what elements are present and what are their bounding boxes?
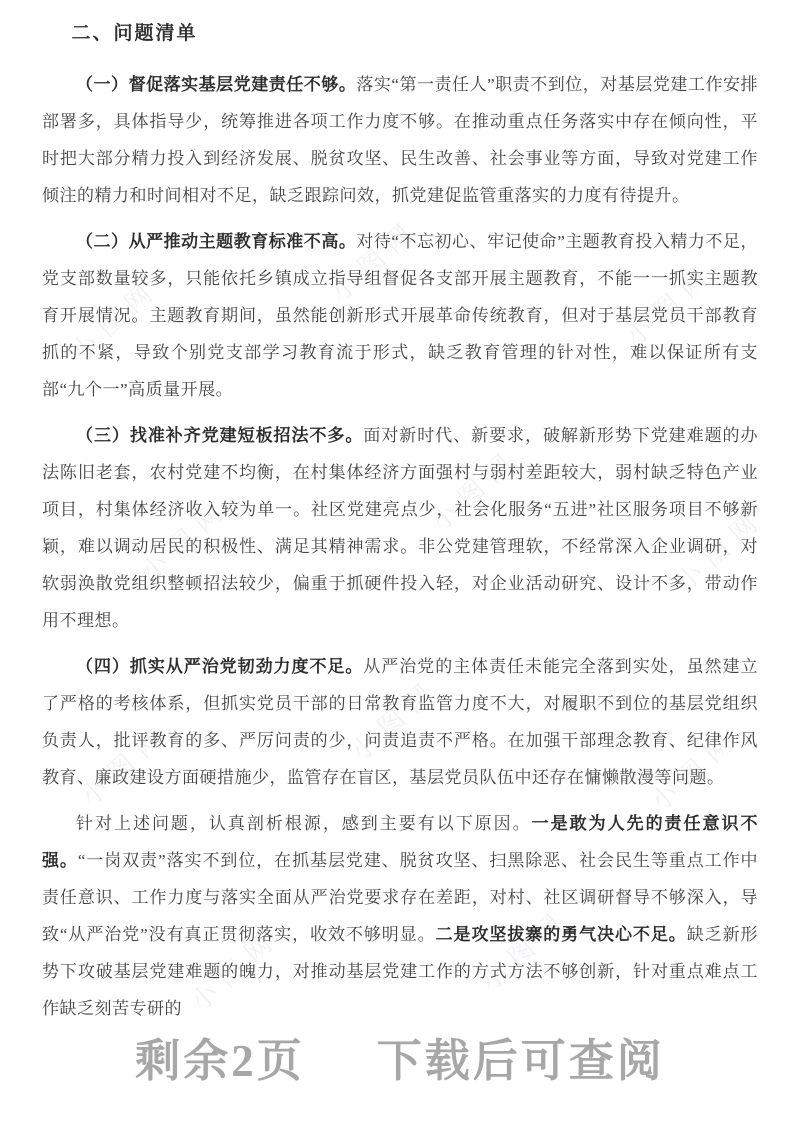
- paragraph-2-lead: （二）从严推动主题教育标准不高。: [76, 232, 356, 251]
- paragraph-2: （二）从严推动主题教育标准不高。对待“不忘初心、牢记使命”主题教育投入精力不足，…: [42, 223, 758, 408]
- document-page: 小图网 小图网 小图网 小图网 小图网 小图网 小图网 小图网 小图网 小图网 …: [0, 0, 800, 1139]
- paragraph-2-body: 对待“不忘初心、牢记使命”主题教育投入精力不足，党支部数量较多，只能依托乡镇成立…: [42, 232, 758, 399]
- paragraph-4-lead: （四）抓实从严治党韧劲力度不足。: [76, 657, 363, 676]
- paragraph-4: （四）抓实从严治党韧劲力度不足。从严治党的主体责任未能完全落到实处，虽然建立了严…: [42, 648, 758, 796]
- paragraph-1-body: 落实“第一责任人”职责不到位，对基层党建工作安排部署多，具体指导少，统筹推进各项…: [42, 75, 758, 205]
- paragraph-3: （三）找准补齐党建短板招法不多。面对新时代、新要求，破解新形势下党建难题的办法陈…: [42, 417, 758, 639]
- preview-footer: 剩余2页下载后可查阅: [0, 1024, 800, 1089]
- paragraph-1-lead: （一）督促落实基层党建责任不够。: [76, 75, 356, 94]
- paragraph-3-body: 面对新时代、新要求，破解新形势下党建难题的办法陈旧老套，农村党建不均衡，在村集体…: [42, 426, 758, 630]
- section-heading: 二、问题清单: [42, 18, 758, 45]
- paragraph-3-lead: （三）找准补齐党建短板招法不多。: [76, 426, 363, 445]
- document-content: 二、问题清单 （一）督促落实基层党建责任不够。落实“第一责任人”职责不到位，对基…: [42, 18, 758, 1036]
- paragraph-4-body: 从严治党的主体责任未能完全落到实处，虽然建立了严格的考核体系，但抓实党员干部的日…: [42, 657, 758, 787]
- download-hint-label: 下载后可查阅: [377, 1036, 665, 1086]
- paragraph-1: （一）督促落实基层党建责任不够。落实“第一责任人”职责不到位，对基层党建工作安排…: [42, 66, 758, 214]
- paragraph-5-intro: 针对上述问题，认真剖析根源，感到主要有以下原因。: [76, 814, 532, 833]
- remaining-pages-label: 剩余2页: [135, 1036, 305, 1086]
- paragraph-5-point-2: 二是攻坚拔寨的勇气决心不足。: [436, 925, 687, 944]
- paragraph-5: 针对上述问题，认真剖析根源，感到主要有以下原因。一是敢为人先的责任意识不强。“一…: [42, 805, 758, 1027]
